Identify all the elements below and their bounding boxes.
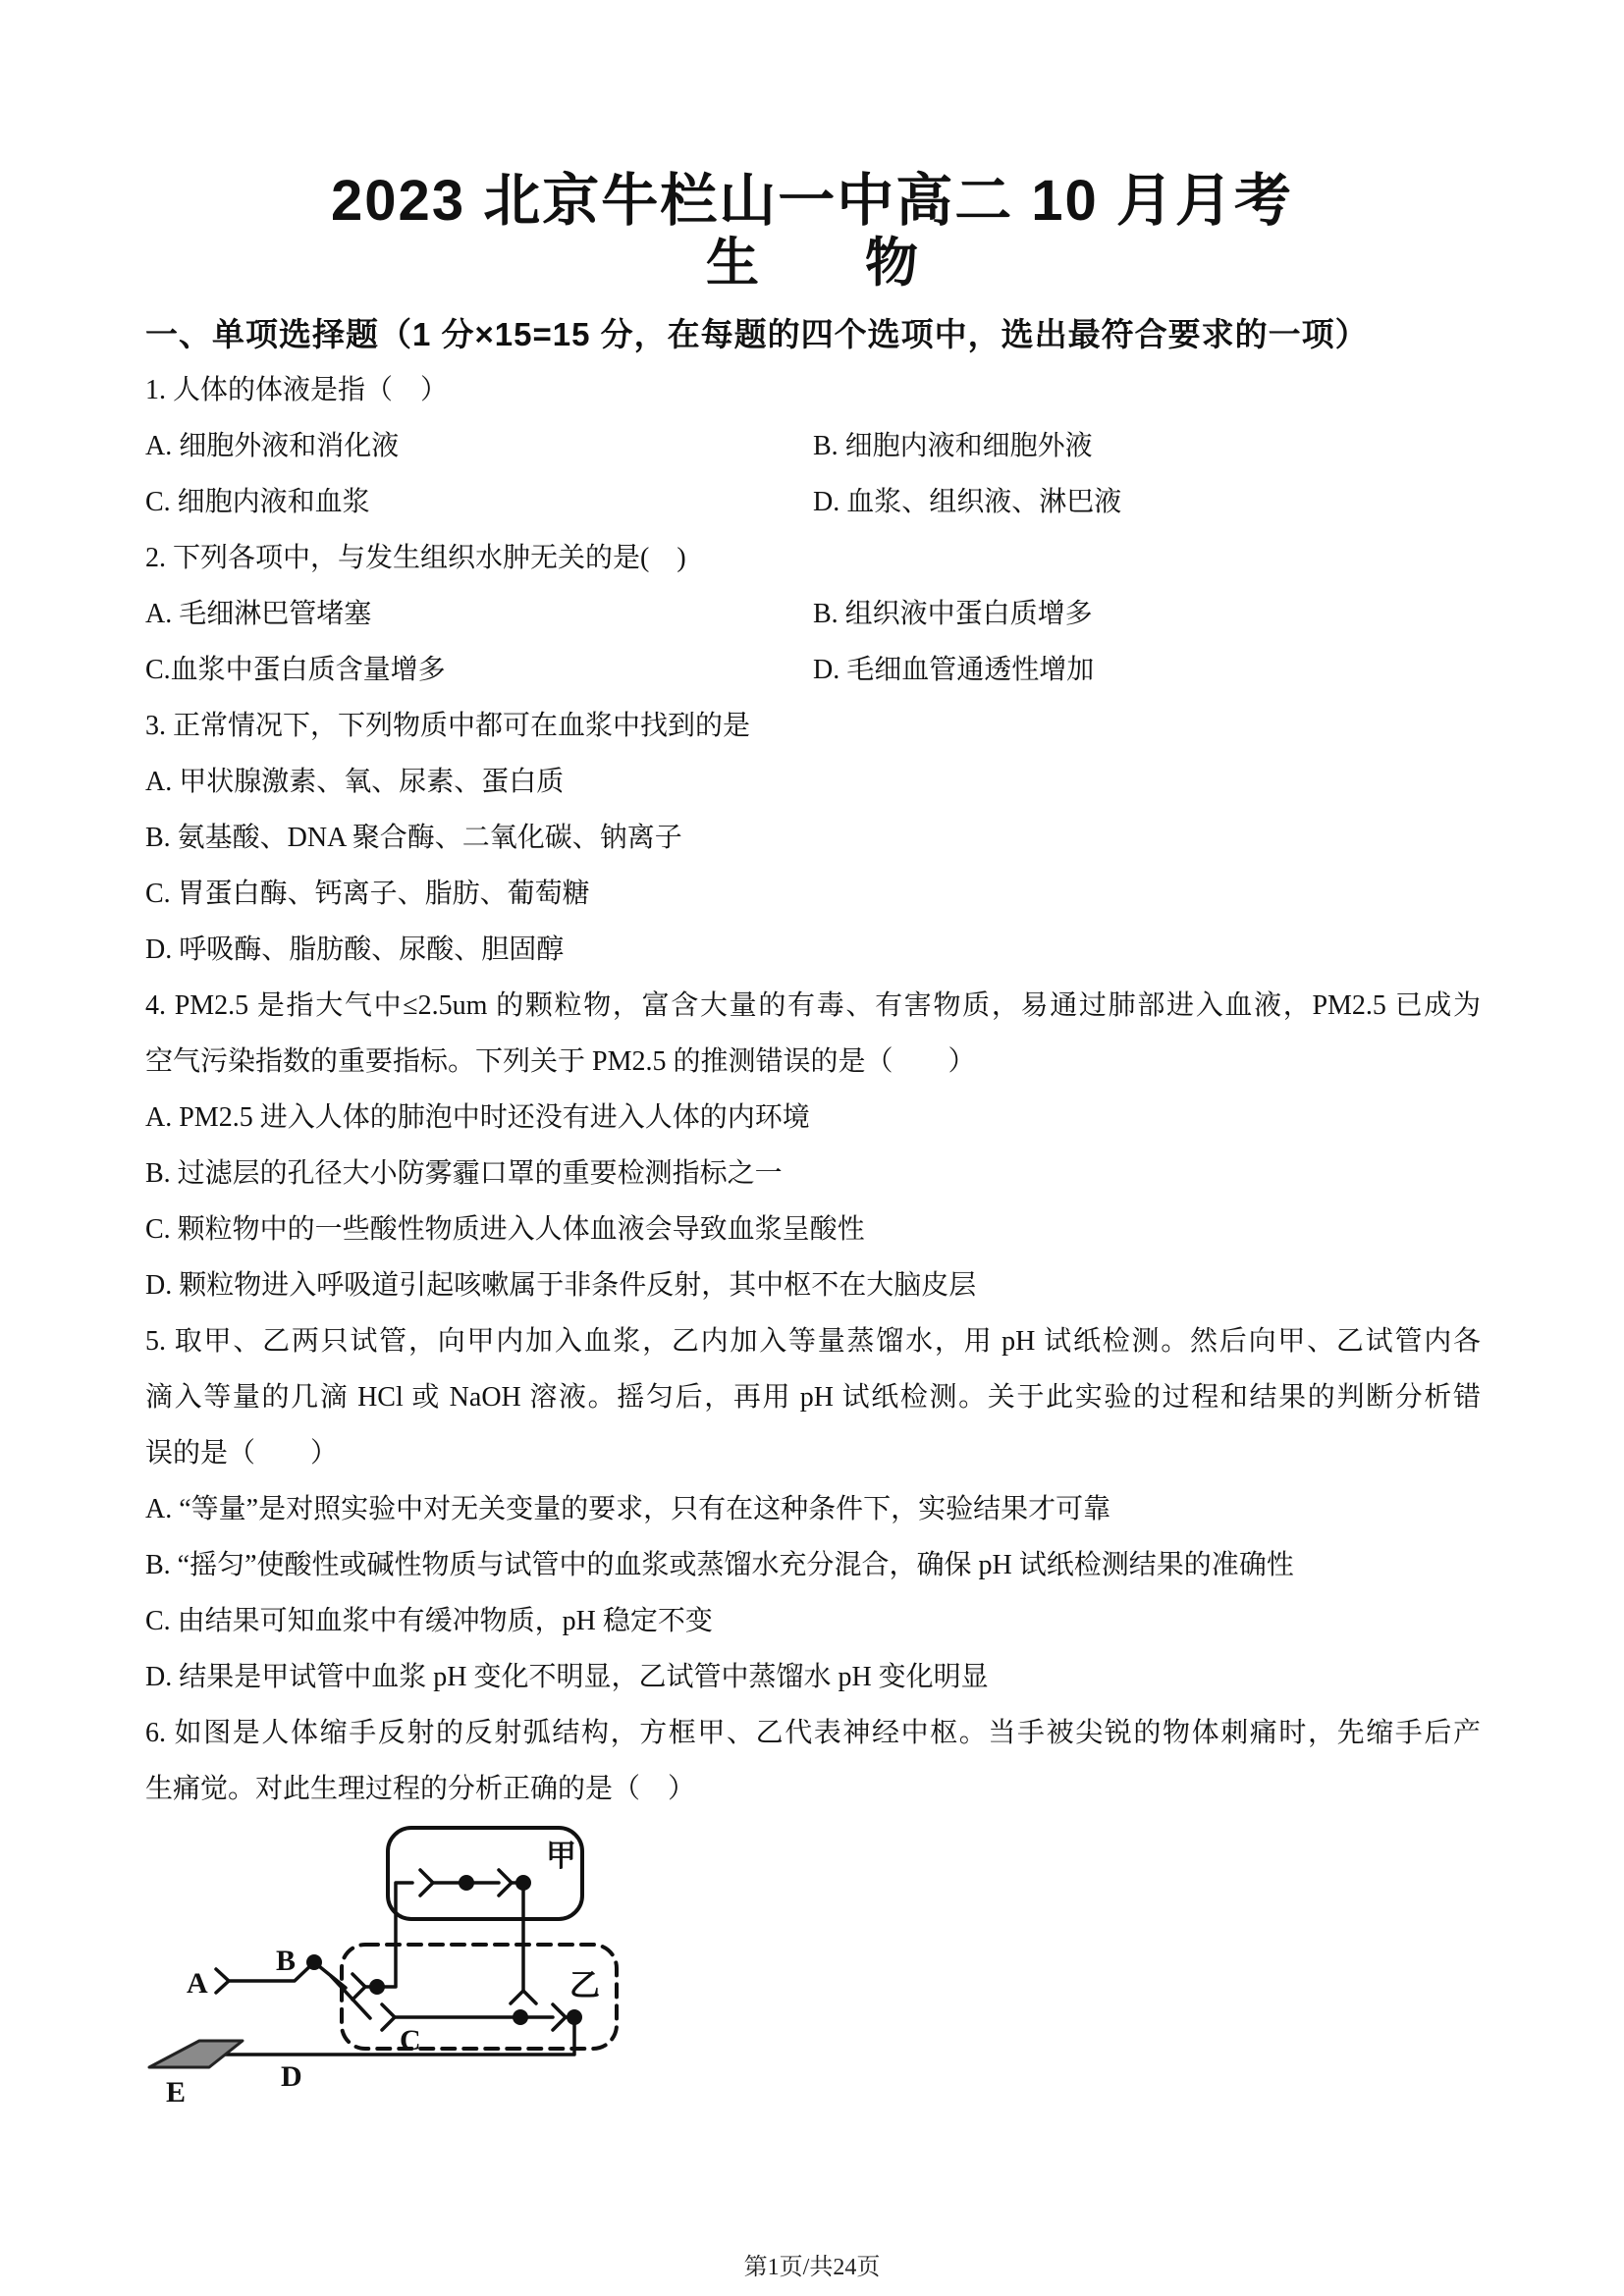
q3-option-d: D. 呼吸酶、脂肪酸、尿酸、胆固醇 — [145, 922, 1481, 978]
reflex-arc-svg: 甲 乙 A B C D E — [128, 1816, 638, 2110]
diagram-label-jia: 甲 — [546, 1839, 576, 1873]
q4-stem-line-1: 4. PM2.5 是指大气中≤2.5um 的颗粒物，富含大量的有毒、有害物质，易… — [145, 978, 1481, 1034]
q5-stem-line-3: 误的是（ ） — [145, 1425, 1481, 1481]
diagram-label-b: B — [276, 1945, 296, 1977]
q4-option-b: B. 过滤层的孔径大小防雾霾口罩的重要检测指标之一 — [145, 1146, 1481, 1201]
q1-options-row-2: C. 细胞内液和血浆 D. 血浆、组织液、淋巴液 — [145, 474, 1481, 530]
synapse-fork-jia-2 — [499, 1870, 512, 1896]
synapse-fork-c — [382, 2004, 395, 2030]
q6-stem-line-1: 6. 如图是人体缩手反射的反射弧结构，方框甲、乙代表神经中枢。当手被尖锐的物体刺… — [145, 1705, 1481, 1761]
cell-body-motor — [567, 2009, 582, 2025]
afferent-branch-2 — [331, 1976, 370, 2018]
synapse-fork-jia-1 — [420, 1870, 433, 1896]
q1-option-c: C. 细胞内液和血浆 — [145, 474, 813, 530]
q1-options-row-1: A. 细胞外液和消化液 B. 细胞内液和细胞外液 — [145, 418, 1481, 474]
cell-body-b — [306, 1954, 322, 1970]
synapse-fork-interneuron — [352, 1974, 365, 2000]
q1-option-a: A. 细胞外液和消化液 — [145, 418, 813, 474]
q5-option-b: B. “摇匀”使酸性或碱性物质与试管中的血浆或蒸馏水充分混合，确保 pH 试纸检… — [145, 1537, 1481, 1593]
diagram-label-d: D — [281, 2060, 302, 2093]
q1-stem: 1. 人体的体液是指（ ） — [145, 362, 1481, 418]
q1-option-b: B. 细胞内液和细胞外液 — [813, 418, 1481, 474]
diagram-label-yi: 乙 — [569, 1968, 600, 2002]
cell-body-c — [513, 2009, 528, 2025]
q2-options-row-2: C.血浆中蛋白质含量增多 D. 毛细血管通透性增加 — [145, 642, 1481, 698]
cell-body-jia-1 — [459, 1875, 474, 1891]
cell-body-interneuron — [369, 1979, 385, 1995]
q3-stem: 3. 正常情况下，下列物质中都可在血浆中找到的是 — [145, 698, 1481, 754]
exam-body: 一、单项选择题（1 分×15=15 分，在每题的四个选项中，选出最符合要求的一项… — [145, 306, 1481, 1817]
q5-option-c: C. 由结果可知血浆中有缓冲物质，pH 稳定不变 — [145, 1593, 1481, 1649]
q5-stem-line-2: 滴入等量的几滴 HCl 或 NaOH 溶液。摇匀后，再用 pH 试纸检测。关于此… — [145, 1369, 1481, 1425]
q3-option-a: A. 甲状腺激素、氧、尿素、蛋白质 — [145, 754, 1481, 810]
q3-option-b: B. 氨基酸、DNA 聚合酶、二氧化碳、钠离子 — [145, 810, 1481, 866]
cell-body-jia-2 — [515, 1875, 531, 1891]
q2-options-row-1: A. 毛细淋巴管堵塞 B. 组织液中蛋白质增多 — [145, 586, 1481, 642]
exam-page: 2023 北京牛栏山一中高二 10 月月考 生 物 一、单项选择题（1 分×15… — [0, 0, 1624, 2296]
q2-option-b: B. 组织液中蛋白质增多 — [813, 586, 1481, 642]
synapse-fork-descending — [511, 1991, 536, 2003]
diagram-label-e: E — [166, 2076, 186, 2109]
q5-stem-line-1: 5. 取甲、乙两只试管，向甲内加入血浆，乙内加入等量蒸馏水，用 pH 试纸检测。… — [145, 1313, 1481, 1369]
afferent-fibre — [229, 1962, 314, 1981]
receptor-fork — [216, 1969, 229, 1993]
q5-option-d: D. 结果是甲试管中血浆 pH 变化不明显，乙试管中蒸馏水 pH 变化明显 — [145, 1649, 1481, 1705]
synapse-fork-motor — [553, 2004, 566, 2030]
q6-stem-line-2: 生痛觉。对此生理过程的分析正确的是（ ） — [145, 1761, 1481, 1817]
q4-stem-line-2: 空气污染指数的重要指标。下列关于 PM2.5 的推测错误的是（ ） — [145, 1034, 1481, 1090]
q2-option-a: A. 毛细淋巴管堵塞 — [145, 586, 813, 642]
q2-option-c: C.血浆中蛋白质含量增多 — [145, 642, 813, 698]
q3-option-c: C. 胃蛋白酶、钙离子、脂肪、葡萄糖 — [145, 866, 1481, 922]
q1-option-d: D. 血浆、组织液、淋巴液 — [813, 474, 1481, 530]
ascending-fibre — [376, 1883, 412, 1987]
q2-stem: 2. 下列各项中，与发生组织水肿无关的是( ) — [145, 530, 1481, 586]
diagram-label-a: A — [187, 1967, 208, 2000]
q4-option-d: D. 颗粒物进入呼吸道引起咳嗽属于非条件反射，其中枢不在大脑皮层 — [145, 1257, 1481, 1313]
q5-option-a: A. “等量”是对照实验中对无关变量的要求，只有在这种条件下，实验结果才可靠 — [145, 1481, 1481, 1537]
diagram-label-c: C — [400, 2024, 421, 2056]
section-heading: 一、单项选择题（1 分×15=15 分，在每题的四个选项中，选出最符合要求的一项… — [145, 306, 1481, 362]
page-footer: 第1页/共24页 — [0, 2248, 1624, 2287]
q4-option-c: C. 颗粒物中的一些酸性物质进入人体血液会导致血浆呈酸性 — [145, 1201, 1481, 1257]
reflex-arc-diagram: 甲 乙 A B C D E — [128, 1816, 638, 2110]
page-subject: 生 物 — [0, 226, 1624, 300]
q4-option-a: A. PM2.5 进入人体的肺泡中时还没有进入人体的内环境 — [145, 1090, 1481, 1146]
q2-option-d: D. 毛细血管通透性增加 — [813, 642, 1481, 698]
